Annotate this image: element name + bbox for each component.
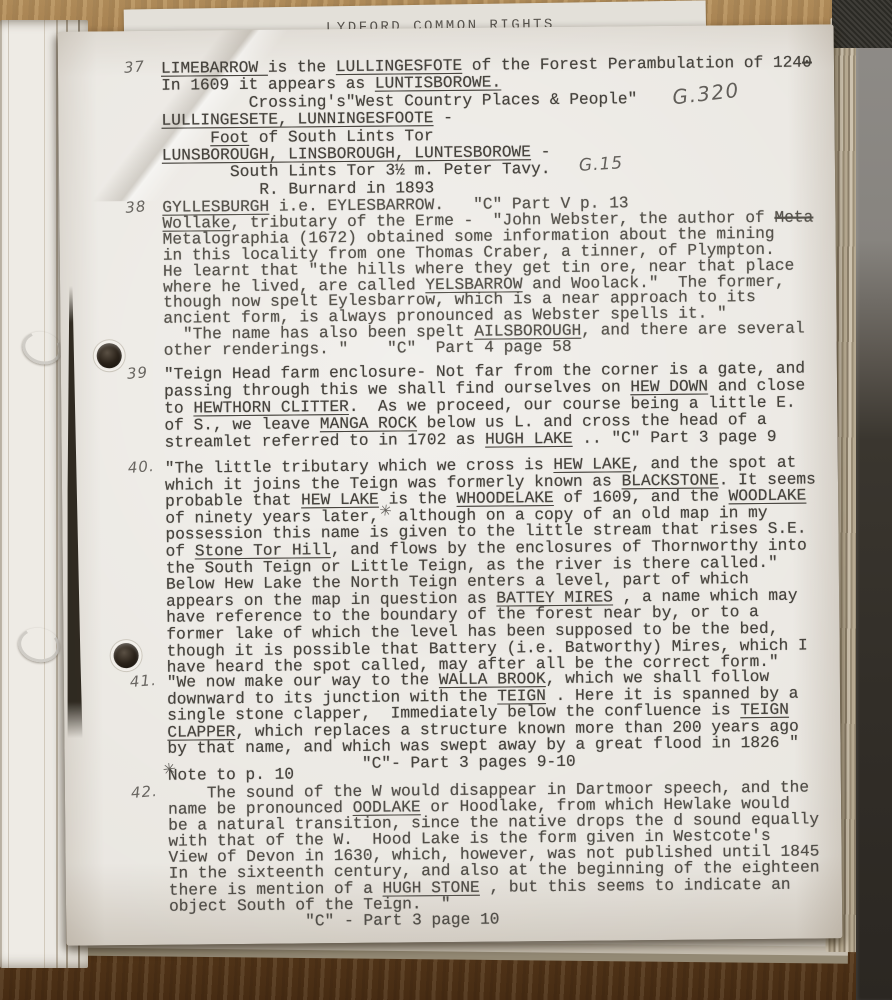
paragraph-37: 37LIMEBARROW is the LULLINGESFOTE of the… <box>161 55 813 200</box>
typed-text: - <box>531 143 551 161</box>
typed-text: other renderings. " "C" Part 4 page 58 <box>164 338 572 360</box>
typed-line: "C" - Part 3 page 10 <box>169 908 820 930</box>
punch-hole-bottom-icon <box>114 643 139 668</box>
punch-hole-top-icon <box>97 343 122 368</box>
paragraph-39: 39"Teign Head farm enclosure- Not far fr… <box>164 361 806 452</box>
underlined-place-name: Foot <box>210 129 249 147</box>
typed-text <box>162 129 211 147</box>
typed-line: Note to p. 10 <box>168 767 294 785</box>
paragraph-41: 41."We now make our way to the WALLA BRO… <box>167 669 799 775</box>
photo-scene: LYDFORD COMMON RIGHTS 37LIMEBARROW is th… <box>0 0 892 1000</box>
typed-text-layer: 37LIMEBARROW is the LULLINGESFOTE of the… <box>58 24 843 945</box>
pencil-paragraph-number: 38 <box>125 197 147 217</box>
struck-text: 0 <box>802 54 812 72</box>
paragraph-40: 40."The little tributary which we cross … <box>165 454 818 676</box>
paragraph-note: Note to p. 10 <box>168 767 294 785</box>
typed-text: Note to p. 10 <box>168 766 294 785</box>
binder-cover-corner <box>832 0 892 48</box>
typed-text: - <box>433 109 453 127</box>
typed-text: streamlet referred to in 1702 as <box>164 431 485 452</box>
pencil-asterisk-inline-icon: ✳ <box>378 501 393 520</box>
typed-text: and close <box>708 377 805 396</box>
struck-text: Meta <box>774 208 813 226</box>
pencil-paragraph-number: 42. <box>130 782 158 802</box>
typed-text: to <box>164 399 193 417</box>
pencil-paragraph-number: 39 <box>126 363 148 383</box>
paragraph-38: 38GYLLESBURGH i.e. EYLESBARROW. "C" Part… <box>162 195 814 360</box>
typed-text: , but this seems to indicate an <box>480 875 791 896</box>
paragraph-42: 42. The sound of the W would disappear i… <box>168 779 820 930</box>
typed-text: of the Forest Perambulation of 124 <box>462 54 802 75</box>
typed-text: is the <box>268 58 336 77</box>
typed-line: streamlet referred to in 1702 as HUGH LA… <box>165 429 806 452</box>
typed-text: , and there are several <box>581 320 805 340</box>
underlined-place-name: LUNTISBOROWE. <box>375 74 501 93</box>
pencil-reference-g15: G.15 <box>578 153 623 176</box>
pencil-paragraph-number: 40. <box>127 457 155 477</box>
typed-line: other renderings. " "C" Part 4 page 58 <box>164 338 815 360</box>
underlined-place-name: WOODLAKE <box>728 487 806 506</box>
underlined-place-name: MANGA ROCK <box>320 414 417 433</box>
underlined-place-name: HUGH LAKE <box>485 430 573 449</box>
typed-text: of <box>166 542 195 560</box>
typed-text: .. "C" Part 3 page 9 <box>572 428 776 448</box>
binder-spine <box>856 0 892 1000</box>
pencil-asterisk-note-icon: ✳ <box>162 759 177 779</box>
pencil-paragraph-number: 37 <box>123 57 145 77</box>
document-page: 37LIMEBARROW is the LULLINGESFOTE of the… <box>58 24 843 945</box>
typed-text: "C" - Part 3 page 10 <box>169 910 499 931</box>
pencil-paragraph-number: 41. <box>129 671 157 691</box>
underlined-place-name: HEW DOWN <box>630 378 708 397</box>
